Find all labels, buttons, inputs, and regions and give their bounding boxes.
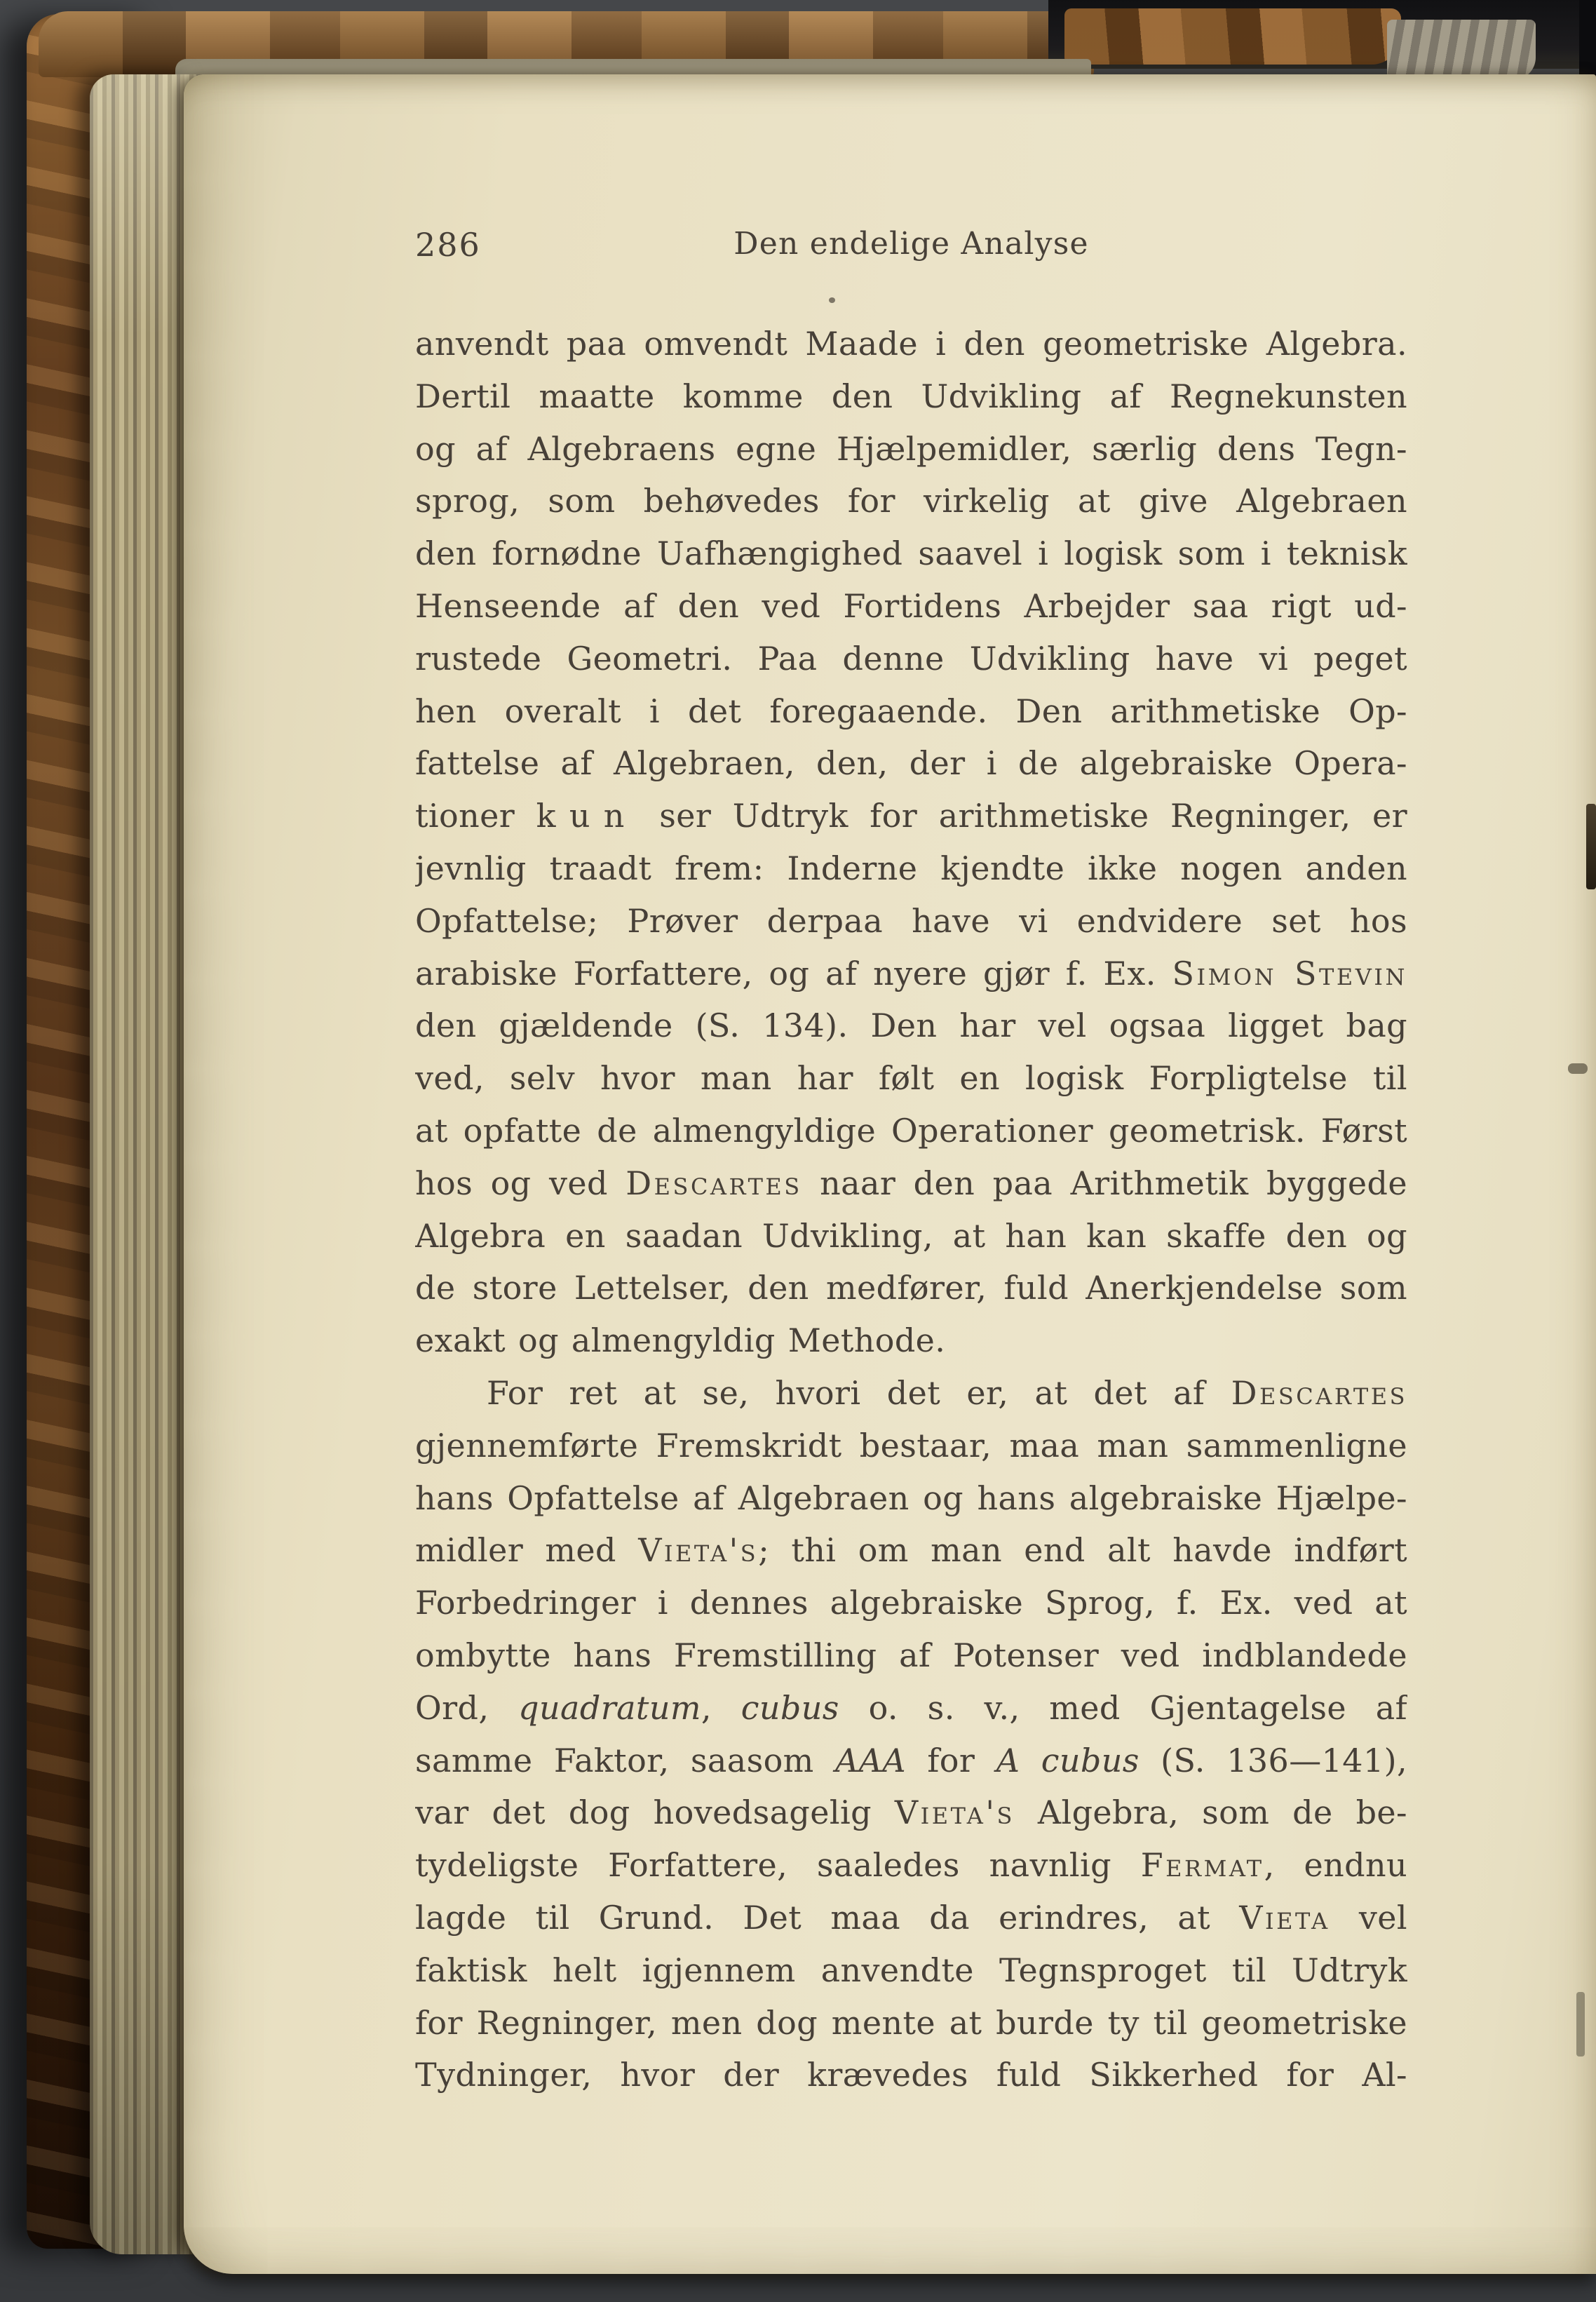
text-line: ved, selv hvor man har følt en logisk Fo… (415, 1052, 1407, 1105)
small-caps-name: Simon Stevin (1172, 955, 1408, 992)
text-run: den fornødne Uafhængighed saavel i logis… (415, 534, 1407, 572)
text-run: den gjældende (S. 134). Den har vel ogsa… (415, 1007, 1407, 1044)
running-title: Den endelige Analyse (415, 226, 1407, 262)
text-run: hos og ved (415, 1164, 625, 1202)
page-number: 286 (415, 226, 481, 264)
text-run: tydeligste Forfattere, saaledes navnlig (415, 1846, 1141, 1884)
text-run: sprog, som behøvedes for virkelig at giv… (415, 482, 1407, 520)
text-run: Algebra en saadan Udvikling, at han kan … (415, 1217, 1407, 1255)
book-headband (1387, 20, 1536, 80)
text-run: Dertil maatte komme den Udvikling af Reg… (415, 377, 1407, 415)
text-line: Opfattelse; Prøver derpaa have vi endvid… (415, 895, 1407, 948)
text-line: midler med Vieta's; thi om man end alt h… (415, 1524, 1407, 1577)
book-page: 286 Den endelige Analyse anvendt paa omv… (184, 74, 1596, 2274)
text-line: lagde til Grund. Det maa da erindres, at… (415, 1892, 1407, 1944)
text-run: at opfatte de almengyldige Operationer g… (415, 1112, 1407, 1150)
text-line: anvendt paa omvendt Maade i den geometri… (415, 318, 1407, 370)
text-run: naar den paa Arithmetik byggede (802, 1164, 1407, 1202)
text-run: hans Opfattelse af Algebraen og hans alg… (415, 1479, 1407, 1517)
text-run: og af Algebraens egne Hjælpemidler, særl… (415, 430, 1407, 468)
text-run: var det dog hovedsagelig (415, 1793, 895, 1831)
text-run: tioner (415, 797, 536, 835)
small-caps-name: Vieta's (895, 1793, 1015, 1831)
text-run: kun (536, 797, 638, 835)
page-header: 286 Den endelige Analyse (415, 226, 1407, 271)
text-run: fattelse af Algebraen, den, der i de alg… (415, 744, 1407, 782)
text-run: ved, selv hvor man har følt en logisk Fo… (415, 1059, 1407, 1097)
text-run: For ret at se, hvori det er, at det af (487, 1374, 1231, 1412)
text-line: sprog, som behøvedes for virkelig at giv… (415, 475, 1407, 527)
text-line: de store Lettelser, den medfører, fuld A… (415, 1262, 1407, 1314)
scan-artifact-streak (1576, 1992, 1585, 2057)
text-line: faktisk helt igjennem anvendte Tegnsprog… (415, 1944, 1407, 1997)
text-run: o. s. v., med Gjentagelse af (839, 1689, 1407, 1727)
text-run: rustede Geometri. Paa denne Udvikling ha… (415, 640, 1407, 678)
text-run: gjennemførte Fremskridt bestaar, maa man… (415, 1427, 1407, 1465)
text-run: Henseende af den ved Fortidens Arbejder … (415, 587, 1407, 625)
text-line: arabiske Forfattere, og af nyere gjør f.… (415, 948, 1407, 1000)
text-run: exakt og almengyldig Methode. (415, 1321, 945, 1359)
text-line: Henseende af den ved Fortidens Arbejder … (415, 580, 1407, 633)
book-scan-scene: 286 Den endelige Analyse anvendt paa omv… (0, 0, 1596, 2302)
text-line: fattelse af Algebraen, den, der i de alg… (415, 737, 1407, 790)
italic-term: A cubus (996, 1742, 1139, 1779)
text-line: den gjældende (S. 134). Den har vel ogsa… (415, 999, 1407, 1052)
text-line: at opfatte de almengyldige Operationer g… (415, 1105, 1407, 1157)
text-run: , endnu (1264, 1846, 1407, 1884)
text-line: var det dog hovedsagelig Vieta's Algebra… (415, 1786, 1407, 1839)
text-line: ombytte hans Fremstilling af Potenser ve… (415, 1629, 1407, 1682)
text-run: Tydninger, hvor der krævedes fuld Sikker… (415, 2056, 1407, 2094)
text-line: hans Opfattelse af Algebraen og hans alg… (415, 1472, 1407, 1525)
italic-term: AAA (835, 1742, 906, 1779)
text-line: jevnlig traadt frem: Inderne kjendte ikk… (415, 842, 1407, 895)
text-run: lagde til Grund. Det maa da erindres, at (415, 1899, 1239, 1937)
text-line: den fornødne Uafhængighed saavel i logis… (415, 527, 1407, 580)
text-run: , (701, 1689, 741, 1727)
text-run: for (906, 1742, 996, 1779)
text-run: for Regninger, men dog mente at burde ty… (415, 2004, 1407, 2042)
text-run: Ord, (415, 1689, 518, 1727)
text-run: ser Udtryk for arithmetiske Regninger, e… (638, 797, 1407, 835)
small-caps-name: Descartes (1231, 1374, 1407, 1412)
text-run: Opfattelse; Prøver derpaa have vi endvid… (415, 902, 1407, 940)
text-line: Forbedringer i dennes algebraiske Sprog,… (415, 1577, 1407, 1629)
scan-artifact-notch (1568, 1063, 1588, 1074)
text-line: Ord, quadratum, cubus o. s. v., med Gjen… (415, 1682, 1407, 1735)
text-run: (S. 136—141), (1139, 1742, 1407, 1779)
text-run: Forbedringer i dennes algebraiske Sprog,… (415, 1584, 1407, 1622)
small-caps-name: Vieta (1239, 1899, 1330, 1937)
text-line: gjennemførte Fremskridt bestaar, maa man… (415, 1420, 1407, 1472)
text-run: hen overalt i det foregaaende. Den arith… (415, 692, 1407, 730)
text-run: jevnlig traadt frem: Inderne kjendte ikk… (415, 849, 1407, 887)
text-line: tydeligste Forfattere, saaledes navnlig … (415, 1839, 1407, 1892)
italic-term: quadratum (518, 1689, 701, 1727)
scan-artifact-dot (829, 297, 835, 303)
text-line: Tydninger, hvor der krævedes fuld Sikker… (415, 2049, 1407, 2101)
text-run: ; thi om man end alt havde indført (758, 1531, 1407, 1569)
text-line: samme Faktor, saasom AAA for A cubus (S.… (415, 1735, 1407, 1787)
small-caps-name: Vieta's (638, 1531, 758, 1569)
scan-artifact-ribbon (1586, 804, 1596, 889)
text-line: hen overalt i det foregaaende. Den arith… (415, 685, 1407, 738)
small-caps-name: Descartes (625, 1164, 802, 1202)
cover-top-right-leather (1064, 8, 1401, 65)
text-run: arabiske Forfattere, og af nyere gjør f.… (415, 955, 1172, 992)
text-run: ombytte hans Fremstilling af Potenser ve… (415, 1636, 1407, 1674)
small-caps-name: Fermat (1141, 1846, 1264, 1884)
text-line: hos og ved Descartes naar den paa Arithm… (415, 1157, 1407, 1210)
text-run: vel (1330, 1899, 1407, 1937)
text-run: faktisk helt igjennem anvendte Tegnsprog… (415, 1951, 1407, 1989)
text-run: de store Lettelser, den medfører, fuld A… (415, 1269, 1407, 1307)
text-run: midler med (415, 1531, 638, 1569)
text-line: Algebra en saadan Udvikling, at han kan … (415, 1210, 1407, 1263)
page-left-edges-stack (90, 74, 196, 2254)
italic-term: cubus (741, 1689, 839, 1727)
text-line: og af Algebraens egne Hjælpemidler, særl… (415, 423, 1407, 476)
text-line: tioner kun ser Udtryk for arithmetiske R… (415, 790, 1407, 842)
text-line: rustede Geometri. Paa denne Udvikling ha… (415, 633, 1407, 685)
body-text: anvendt paa omvendt Maade i den geometri… (415, 318, 1407, 2101)
text-run: Algebra, som de be- (1015, 1793, 1407, 1831)
text-run: anvendt paa omvendt Maade i den geometri… (415, 325, 1407, 363)
text-line: exakt og almengyldig Methode. (415, 1314, 1407, 1367)
text-line: for Regninger, men dog mente at burde ty… (415, 1997, 1407, 2049)
text-line: Dertil maatte komme den Udvikling af Reg… (415, 370, 1407, 423)
text-run: samme Faktor, saasom (415, 1742, 835, 1779)
text-line: For ret at se, hvori det er, at det af D… (415, 1367, 1407, 1420)
